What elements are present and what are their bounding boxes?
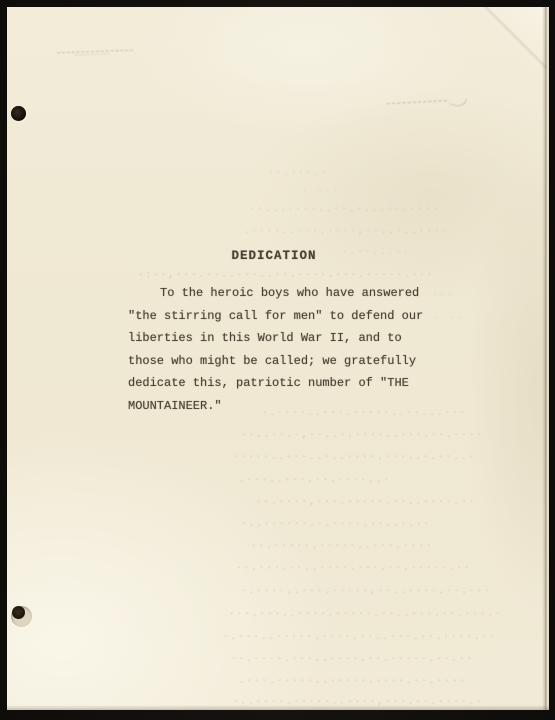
bleed-line: ··...····..··.·...··.···· bbox=[250, 204, 440, 214]
bleed-line: ··.···.··..····.···.··.·····.·· bbox=[236, 563, 472, 573]
bleed-line: ··.···.· bbox=[268, 168, 329, 178]
typed-line: dedicate this, patriotic number of "THE bbox=[128, 372, 438, 395]
typed-line: To the heroic boys who have answered bbox=[128, 282, 438, 305]
bleed-line: .···..···.··.····..· bbox=[239, 475, 391, 485]
bleed-line: ··.····.···..····.··.·····.··.·· bbox=[231, 654, 474, 664]
bleed-line: ·····..-··..·..···-.···..·.··..· bbox=[233, 452, 476, 462]
bleed-line: ·.··· bbox=[302, 186, 340, 196]
bleed-line: ··.····,···.·····.··..····.·· bbox=[256, 497, 476, 507]
bleed-line: ·.···..·····.····.··..···.··.····.·· bbox=[223, 632, 497, 642]
bleed-line: ··..··.·,··..·.····..···.··.···· bbox=[241, 430, 484, 440]
hole-punch-bottom bbox=[11, 606, 32, 627]
bleed-line: ··-.···..····.·····.··..···.··.···.· bbox=[229, 609, 503, 619]
hole-punch-top bbox=[11, 106, 26, 121]
bleed-line: ·.····..···.·····,··..····.··.··· bbox=[241, 586, 492, 596]
bleed-line: · ·· bbox=[434, 313, 464, 323]
bleed-line: .····..···.····,··..·..···· bbox=[244, 226, 449, 236]
typed-line: MOUNTAINEER." bbox=[128, 395, 438, 418]
bleed-line: ··.··-··.·····..···.···· bbox=[251, 541, 433, 551]
bleed-line: .···.·····..·-···.····.··.···· bbox=[239, 676, 467, 686]
typed-line: those who might be called; we gratefully bbox=[128, 350, 438, 373]
typed-line: "the stirring call for men" to defend ou… bbox=[128, 305, 438, 328]
bleed-line: ·..····-·.·.····.··..·.·· bbox=[241, 519, 431, 529]
dedication-paragraph: To the heroic boys who have answered"the… bbox=[128, 282, 438, 418]
scan-frame: ··.···.··.·····...····..··.·...··.····.·… bbox=[0, 0, 555, 720]
bleed-line: ·..····.·····..····,···.··.····.· bbox=[233, 697, 484, 707]
typed-line: liberties in this World War II, and to bbox=[128, 327, 438, 350]
dedication-block: DEDICATION To the heroic boys who have a… bbox=[128, 249, 438, 418]
dedication-heading: DEDICATION bbox=[128, 249, 420, 263]
scanned-page: ··.···.··.·····...····..··.·...··.····.·… bbox=[7, 7, 549, 710]
